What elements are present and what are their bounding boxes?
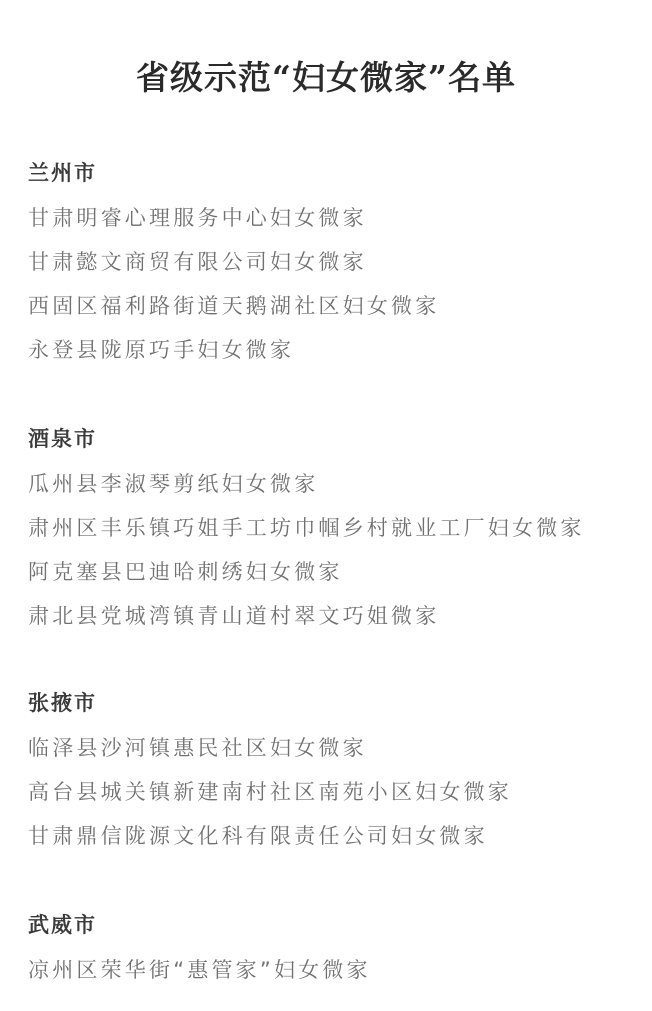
list-item: 甘肃鼎信陇源文化科有限责任公司妇女微家 xyxy=(28,814,512,858)
list-item: 凉州区荣华街“惠管家”妇女微家 xyxy=(28,948,371,992)
list-item: 瓜州县李淑琴剪纸妇女微家 xyxy=(28,462,585,506)
list-item: 永登县陇原巧手妇女微家 xyxy=(28,328,439,372)
page-title: 省级示范“妇女微家”名单 xyxy=(0,52,652,99)
section-jiuquan: 酒泉市 瓜州县李淑琴剪纸妇女微家 肃州区丰乐镇巧姐手工坊巾帼乡村就业工厂妇女微家… xyxy=(28,424,585,638)
section-zhangye: 张掖市 临泽县沙河镇惠民社区妇女微家 高台县城关镇新建南村社区南苑小区妇女微家 … xyxy=(28,688,512,858)
list-item: 肃北县党城湾镇青山道村翠文巧姐微家 xyxy=(28,594,585,638)
section-wuwei: 武威市 凉州区荣华街“惠管家”妇女微家 xyxy=(28,910,371,992)
section-lanzhou: 兰州市 甘肃明睿心理服务中心妇女微家 甘肃懿文商贸有限公司妇女微家 西固区福利路… xyxy=(28,158,439,372)
city-heading: 兰州市 xyxy=(28,158,439,188)
list-item: 阿克塞县巴迪哈刺绣妇女微家 xyxy=(28,550,585,594)
city-heading: 武威市 xyxy=(28,910,371,940)
list-item: 甘肃懿文商贸有限公司妇女微家 xyxy=(28,240,439,284)
list-item: 高台县城关镇新建南村社区南苑小区妇女微家 xyxy=(28,770,512,814)
city-heading: 张掖市 xyxy=(28,688,512,718)
list-item: 西固区福利路街道天鹅湖社区妇女微家 xyxy=(28,284,439,328)
list-item: 肃州区丰乐镇巧姐手工坊巾帼乡村就业工厂妇女微家 xyxy=(28,506,585,550)
city-heading: 酒泉市 xyxy=(28,424,585,454)
list-item: 甘肃明睿心理服务中心妇女微家 xyxy=(28,196,439,240)
list-item: 临泽县沙河镇惠民社区妇女微家 xyxy=(28,726,512,770)
